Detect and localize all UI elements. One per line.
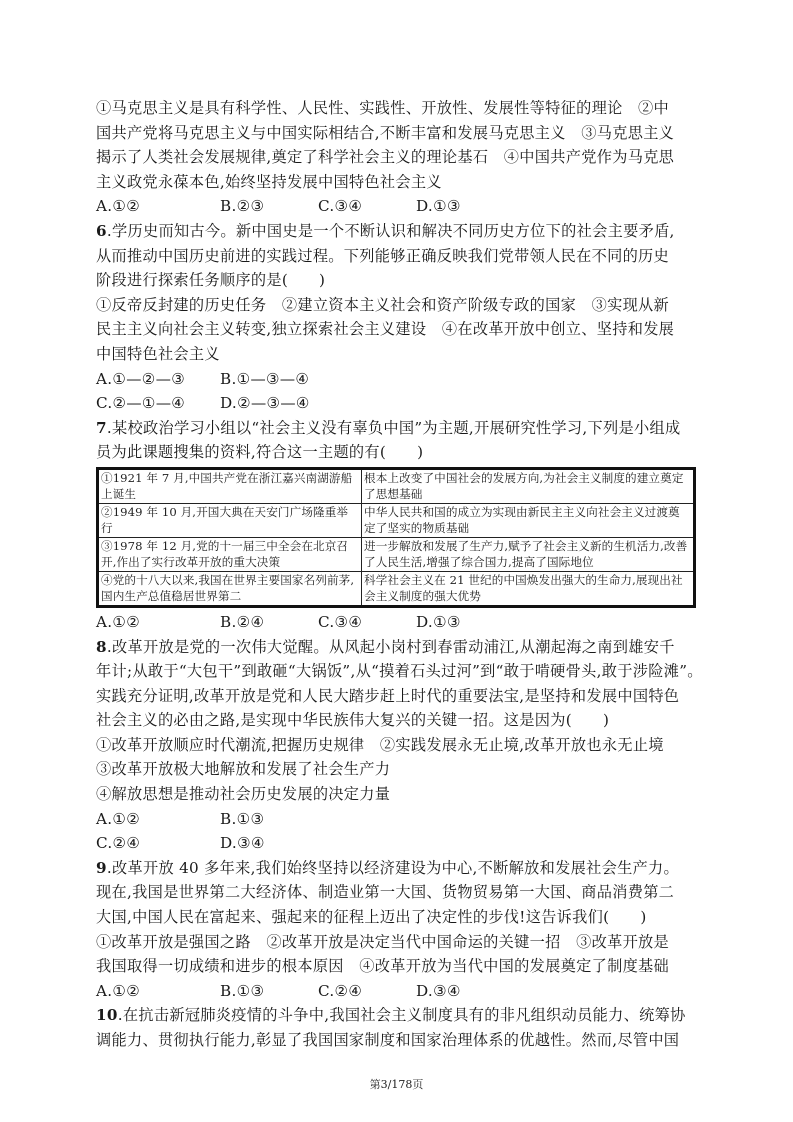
question-9: 9.改革开放 40 多年来,我们始终坚持以经济建设为中心,不断解放和发展社会生产… xyxy=(96,856,696,1004)
statement-line: 民主主义向社会主义转变,独立探索社会主义建设 ④在改革开放中创立、坚持和发展 xyxy=(96,317,696,342)
statement-line: 主义政党永葆本色,始终坚持发展中国特色社会主义 xyxy=(96,170,696,195)
question-stem-line: 大国,中国人民在富起来、强起来的征程上迈出了决定性的步伐!这告诉我们( ) xyxy=(96,905,696,930)
option-a: A.①② xyxy=(96,807,220,832)
question-number: 6 xyxy=(96,222,107,240)
question-number: 9 xyxy=(96,859,107,877)
question-number: 8 xyxy=(96,638,107,656)
question-stem-line: 调能力、贯彻执行能力,彰显了我国国家制度和国家治理体系的优越性。然而,尽管中国 xyxy=(96,1028,696,1053)
statement-line: 中国特色社会主义 xyxy=(96,342,696,367)
answer-options: C.②④ D.③④ xyxy=(96,831,696,856)
question-number: 7 xyxy=(96,419,107,437)
option-b: B.①③ xyxy=(220,807,264,832)
question-stem-line: 9.改革开放 40 多年来,我们始终坚持以经济建设为中心,不断解放和发展社会生产… xyxy=(96,856,696,881)
answer-options: A.①② B.①③ C.②④ D.③④ xyxy=(96,979,696,1004)
option-c: C.②④ xyxy=(318,979,416,1004)
question-6: 6.学历史而知古今。新中国史是一个不断认识和解决不同历史方位下的社会主要矛盾, … xyxy=(96,219,696,416)
question-text: .改革开放是党的一次伟大觉醒。从风起小岗村到春雷动浦江,从潮起海之南到雄安千 xyxy=(107,638,675,656)
question-8: 8.改革开放是党的一次伟大觉醒。从风起小岗村到春雷动浦江,从潮起海之南到雄安千 … xyxy=(96,635,696,856)
table-row: ③1978 年 12 月,党的十一届三中全会在北京召开,作出了实行改革开放的重大… xyxy=(98,537,695,571)
option-d: D.①③ xyxy=(416,610,461,635)
table-row: ④党的十八大以来,我国在世界主要国家名列前茅,国内生产总值稳居世界第二 科学社会… xyxy=(98,571,695,606)
page-number: 第3/178页 xyxy=(0,1076,793,1092)
answer-options: A.①—②—③ B.①—③—④ xyxy=(96,367,696,392)
question-5-continued: ①马克思主义是具有科学性、人民性、实践性、开放性、发展性等特征的理论 ②中 国共… xyxy=(96,96,696,219)
statement-line: ③改革开放极大地解放和发展了社会生产力 xyxy=(96,757,696,782)
question-text: .改革开放 40 多年来,我们始终坚持以经济建设为中心,不断解放和发展社会生产力… xyxy=(107,859,679,877)
question-10: 10.在抗击新冠肺炎疫情的斗争中,我国社会主义制度具有的非凡组织动员能力、统筹协… xyxy=(96,1003,696,1052)
answer-options: A.①② B.①③ xyxy=(96,807,696,832)
materials-table: ①1921 年 7 月,中国共产党在浙江嘉兴南湖游船上诞生 根本上改变了中国社会… xyxy=(96,467,696,608)
option-a: A.①② xyxy=(96,610,220,635)
significance-cell: 进一步解放和发展了生产力,赋予了社会主义新的生机活力,改善了人民生活,增强了综合… xyxy=(362,537,695,571)
option-c: C.③④ xyxy=(318,194,416,219)
event-cell: ④党的十八大以来,我国在世界主要国家名列前茅,国内生产总值稳居世界第二 xyxy=(98,571,362,606)
question-stem-line: 从而推动中国历史前进的实践过程。下列能够正确反映我们党带领人民在不同的历史 xyxy=(96,244,696,269)
statement-line: ④解放思想是推动社会历史发展的决定力量 xyxy=(96,782,696,807)
answer-options: C.②—①—④ D.②—③—④ xyxy=(96,391,696,416)
event-cell: ②1949 年 10 月,开国大典在天安门广场隆重举行 xyxy=(98,503,362,537)
question-stem-line: 年计;从敢于“大包干”到敢砸“大锅饭”,从“摸着石头过河”到“敢于啃硬骨头,敢于… xyxy=(96,659,696,684)
significance-cell: 中华人民共和国的成立为实现由新民主主义向社会主义过渡奠定了坚实的物质基础 xyxy=(362,503,695,537)
question-stem-line: 7.某校政治学习小组以“社会主义没有辜负中国”为主题,开展研究性学习,下列是小组… xyxy=(96,416,696,441)
question-stem-line: 员为此课题搜集的资料,符合这一主题的有( ) xyxy=(96,440,696,465)
document-page: ①马克思主义是具有科学性、人民性、实践性、开放性、发展性等特征的理论 ②中 国共… xyxy=(96,96,696,1053)
question-stem-line: 社会主义的必由之路,是实现中华民族伟大复兴的关键一招。这是因为( ) xyxy=(96,708,696,733)
event-cell: ①1921 年 7 月,中国共产党在浙江嘉兴南湖游船上诞生 xyxy=(98,468,362,503)
statement-line: ①马克思主义是具有科学性、人民性、实践性、开放性、发展性等特征的理论 ②中 xyxy=(96,96,696,121)
question-stem-line: 现在,我国是世界第二大经济体、制造业第一大国、货物贸易第一大国、商品消费第二 xyxy=(96,880,696,905)
option-a: A.①② xyxy=(96,979,220,1004)
option-c: C.③④ xyxy=(318,610,416,635)
question-stem-line: 8.改革开放是党的一次伟大觉醒。从风起小岗村到春雷动浦江,从潮起海之南到雄安千 xyxy=(96,635,696,660)
table-row: ②1949 年 10 月,开国大典在天安门广场隆重举行 中华人民共和国的成立为实… xyxy=(98,503,695,537)
answer-options: A.①② B.②④ C.③④ D.①③ xyxy=(96,610,696,635)
option-a: A.①② xyxy=(96,194,220,219)
option-d: D.②—③—④ xyxy=(220,391,310,416)
statement-line: ①改革开放是强国之路 ②改革开放是决定当代中国命运的关键一招 ③改革开放是 xyxy=(96,930,696,955)
question-text: .某校政治学习小组以“社会主义没有辜负中国”为主题,开展研究性学习,下列是小组成 xyxy=(107,419,681,437)
question-stem-line: 阶段进行探索任务顺序的是( ) xyxy=(96,268,696,293)
answer-options: A.①② B.②③ C.③④ D.①③ xyxy=(96,194,696,219)
question-stem-line: 实践充分证明,改革开放是党和人民大踏步赶上时代的重要法宝,是坚持和发展中国特色 xyxy=(96,684,696,709)
significance-cell: 科学社会主义在 21 世纪的中国焕发出强大的生命力,展现出社会主义制度的强大优势 xyxy=(362,571,695,606)
option-d: D.③④ xyxy=(220,831,265,856)
question-7: 7.某校政治学习小组以“社会主义没有辜负中国”为主题,开展研究性学习,下列是小组… xyxy=(96,416,696,635)
table-row: ①1921 年 7 月,中国共产党在浙江嘉兴南湖游船上诞生 根本上改变了中国社会… xyxy=(98,468,695,503)
significance-cell: 根本上改变了中国社会的发展方向,为社会主义制度的建立奠定了思想基础 xyxy=(362,468,695,503)
event-cell: ③1978 年 12 月,党的十一届三中全会在北京召开,作出了实行改革开放的重大… xyxy=(98,537,362,571)
option-b: B.①—③—④ xyxy=(220,367,309,392)
question-stem-line: 10.在抗击新冠肺炎疫情的斗争中,我国社会主义制度具有的非凡组织动员能力、统筹协 xyxy=(96,1003,696,1028)
option-b: B.①③ xyxy=(220,979,318,1004)
option-d: D.③④ xyxy=(416,979,461,1004)
statement-line: 国共产党将马克思主义与中国实际相结合,不断丰富和发展马克思主义 ③马克思主义 xyxy=(96,121,696,146)
statement-line: ①改革开放顺应时代潮流,把握历史规律 ②实践发展永无止境,改革开放也永无止境 xyxy=(96,733,696,758)
statement-line: 我国取得一切成绩和进步的根本原因 ④改革开放为当代中国的发展奠定了制度基础 xyxy=(96,954,696,979)
option-d: D.①③ xyxy=(416,194,461,219)
option-b: B.②④ xyxy=(220,610,318,635)
statement-line: 揭示了人类社会发展规律,奠定了科学社会主义的理论基石 ④中国共产党作为马克思 xyxy=(96,145,696,170)
question-stem-line: 6.学历史而知古今。新中国史是一个不断认识和解决不同历史方位下的社会主要矛盾, xyxy=(96,219,696,244)
option-b: B.②③ xyxy=(220,194,318,219)
question-text: .在抗击新冠肺炎疫情的斗争中,我国社会主义制度具有的非凡组织动员能力、统筹协 xyxy=(118,1006,686,1024)
question-number: 10 xyxy=(96,1006,118,1024)
question-text: .学历史而知古今。新中国史是一个不断认识和解决不同历史方位下的社会主要矛盾, xyxy=(107,222,675,240)
option-a: A.①—②—③ xyxy=(96,367,220,392)
statement-line: ①反帝反封建的历史任务 ②建立资本主义社会和资产阶级专政的国家 ③实现从新 xyxy=(96,293,696,318)
option-c: C.②—①—④ xyxy=(96,391,220,416)
option-c: C.②④ xyxy=(96,831,220,856)
